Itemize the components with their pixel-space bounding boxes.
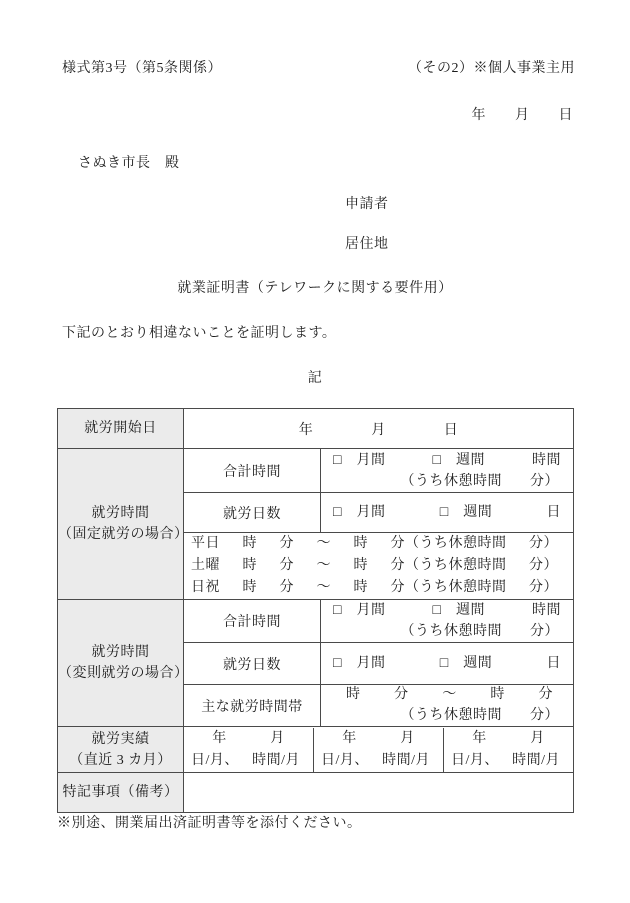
record-values: 年 月 日/月、 時間/月 年 月 日/月、 時間/月 — [184, 727, 574, 773]
main-hours-hour2: 時 — [490, 685, 505, 705]
saturday-break-unit: 分） — [529, 555, 558, 577]
variable-total-unit: 時間 — [532, 600, 561, 621]
sunday-break-unit: 分） — [529, 577, 558, 599]
fixed-total-unit: 時間 — [532, 450, 561, 471]
declaration-text: 下記のとおり相違ないことを証明します。 — [62, 322, 336, 342]
variable-days-unit: 日 — [547, 653, 562, 674]
form-type-note: （その2）※個人事業主用 — [408, 57, 575, 77]
schedule-line-sunday-holiday: 日祝 時 分 ～ 時 分（うち休憩時間 分） — [191, 577, 558, 599]
variable-days-value: □ 月間 □ 週間 日 — [321, 643, 574, 685]
fixed-days-unit: 日 — [547, 502, 562, 523]
table-row-remarks: 特記事項（備考） — [58, 773, 574, 813]
record-month-3: 年 月 日/月、 時間/月 — [443, 728, 573, 772]
record-3-hours: 時間/月 — [512, 750, 560, 772]
sunday-hour2: 時 — [354, 577, 369, 599]
main-hours-min2: 分 — [539, 685, 554, 705]
remarks-label: 特記事項（備考） — [58, 773, 184, 813]
main-hours-hour1: 時 — [346, 685, 361, 705]
variable-total-label: 合計時間 — [184, 600, 321, 643]
fixed-total-label: 合計時間 — [184, 449, 321, 493]
weekday-break-unit: 分） — [529, 533, 558, 555]
sunday-min1: 分 — [280, 577, 295, 599]
variable-days-month-checkbox: □ 月間 — [333, 653, 385, 674]
variable-total-week-checkbox: □ 週間 — [433, 600, 485, 621]
table-row-variable-total: 就労時間 （変則就労の場合） 合計時間 □ 月間 □ 週間 時間 （うち休憩時間… — [58, 600, 574, 643]
form-table: 就労開始日 年 月 日 就労時間 （固定就労の場合） 合計時間 □ 月間 □ 週… — [57, 408, 574, 813]
document-title: 就業証明書（テレワークに関する要件用） — [57, 277, 573, 297]
table-row-fixed-total: 就労時間 （固定就労の場合） 合計時間 □ 月間 □ 週間 時間 （うち休憩時間… — [58, 449, 574, 493]
weekday-min2-break: 分（うち休憩時間 — [391, 533, 507, 555]
table-row-record: 就労実績 （直近 3 カ月） 年 月 日/月、 時間/月 年 — [58, 727, 574, 773]
weekday-label: 平日 — [191, 533, 220, 555]
applicant-label: 申請者 — [345, 193, 389, 213]
ki-mark: 記 — [57, 367, 573, 387]
fixed-total-value: □ 月間 □ 週間 時間 （うち休憩時間 分） — [321, 449, 574, 493]
main-hours-tilde: ～ — [442, 685, 457, 705]
document-page: 様式第3号（第5条関係） （その2）※個人事業主用 年 月 日 さぬき市長 殿 … — [0, 0, 630, 903]
record-2-year-month: 年 月 — [321, 728, 436, 750]
record-2-days: 日/月、 — [321, 750, 369, 772]
record-month-1: 年 月 日/月、 時間/月 — [184, 728, 313, 772]
footnote: ※別途、開業届出済証明書等を添付ください。 — [57, 812, 362, 832]
main-hours-break-unit: 分） — [530, 705, 559, 726]
fixed-days-value: □ 月間 □ 週間 日 — [321, 493, 574, 533]
variable-days-label: 就労日数 — [184, 643, 321, 685]
schedule-line-weekday: 平日 時 分 ～ 時 分（うち休憩時間 分） — [191, 533, 558, 555]
start-date-value: 年 月 日 — [184, 409, 574, 449]
record-section-label: 就労実績 （直近 3 カ月） — [58, 727, 184, 773]
record-month-2: 年 月 日/月、 時間/月 — [313, 728, 443, 772]
fixed-section-label: 就労時間 （固定就労の場合） — [58, 449, 184, 600]
fixed-total-month-checkbox: □ 月間 — [333, 450, 385, 471]
weekday-min1: 分 — [280, 533, 295, 555]
record-label-line1: 就労実績 — [58, 729, 183, 750]
fixed-schedule-cell: 平日 時 分 ～ 時 分（うち休憩時間 分） 土曜 時 分 ～ 時 — [184, 533, 574, 600]
weekday-tilde: ～ — [317, 533, 332, 555]
variable-days-week-checkbox: □ 週間 — [440, 653, 492, 674]
remarks-value — [184, 773, 574, 813]
saturday-min2-break: 分（うち休憩時間 — [391, 555, 507, 577]
date-line: 年 月 日 — [472, 104, 574, 124]
variable-section-label: 就労時間 （変則就労の場合） — [58, 600, 184, 727]
record-1-days: 日/月、 — [191, 750, 239, 772]
record-3-year-month: 年 月 — [451, 728, 566, 750]
saturday-min1: 分 — [280, 555, 295, 577]
record-2-hours: 時間/月 — [382, 750, 430, 772]
fixed-label-line1: 就労時間 — [58, 503, 183, 524]
schedule-line-saturday: 土曜 時 分 ～ 時 分（うち休憩時間 分） — [191, 555, 558, 577]
fixed-label-line2: （固定就労の場合） — [58, 524, 183, 545]
variable-label-line1: 就労時間 — [58, 642, 183, 663]
record-1-year-month: 年 月 — [191, 728, 306, 750]
sunday-hour1: 時 — [243, 577, 258, 599]
form-number: 様式第3号（第5条関係） — [62, 57, 222, 77]
sunday-min2-break: 分（うち休憩時間 — [391, 577, 507, 599]
addressee: さぬき市長 殿 — [78, 152, 180, 172]
fixed-days-week-checkbox: □ 週間 — [440, 502, 492, 523]
variable-total-month-checkbox: □ 月間 — [333, 600, 385, 621]
main-hours-value: 時 分 ～ 時 分 （うち休憩時間 分） — [321, 685, 574, 727]
record-3-days: 日/月、 — [451, 750, 499, 772]
variable-label-line2: （変則就労の場合） — [58, 663, 183, 684]
fixed-total-week-checkbox: □ 週間 — [433, 450, 485, 471]
saturday-hour1: 時 — [243, 555, 258, 577]
sunday-label: 日祝 — [191, 577, 220, 599]
fixed-total-break-unit: 分） — [530, 471, 559, 492]
sunday-tilde: ～ — [317, 577, 332, 599]
main-hours-label: 主な就労時間帯 — [184, 685, 321, 727]
main-hours-min1: 分 — [394, 685, 409, 705]
variable-total-break-label: （うち休憩時間 — [401, 621, 503, 642]
fixed-total-break-label: （うち休憩時間 — [401, 471, 503, 492]
saturday-hour2: 時 — [354, 555, 369, 577]
residence-label: 居住地 — [345, 233, 389, 253]
weekday-hour1: 時 — [243, 533, 258, 555]
main-hours-break-label: （うち休憩時間 — [401, 705, 503, 726]
variable-total-value: □ 月間 □ 週間 時間 （うち休憩時間 分） — [321, 600, 574, 643]
saturday-tilde: ～ — [317, 555, 332, 577]
saturday-label: 土曜 — [191, 555, 220, 577]
fixed-days-label: 就労日数 — [184, 493, 321, 533]
table-row-start-date: 就労開始日 年 月 日 — [58, 409, 574, 449]
record-1-hours: 時間/月 — [252, 750, 300, 772]
record-label-line2: （直近 3 カ月） — [58, 750, 183, 771]
variable-total-break-unit: 分） — [530, 621, 559, 642]
weekday-hour2: 時 — [354, 533, 369, 555]
start-date-label: 就労開始日 — [58, 409, 184, 449]
header-line: 様式第3号（第5条関係） （その2）※個人事業主用 — [62, 57, 575, 77]
fixed-days-month-checkbox: □ 月間 — [333, 502, 385, 523]
